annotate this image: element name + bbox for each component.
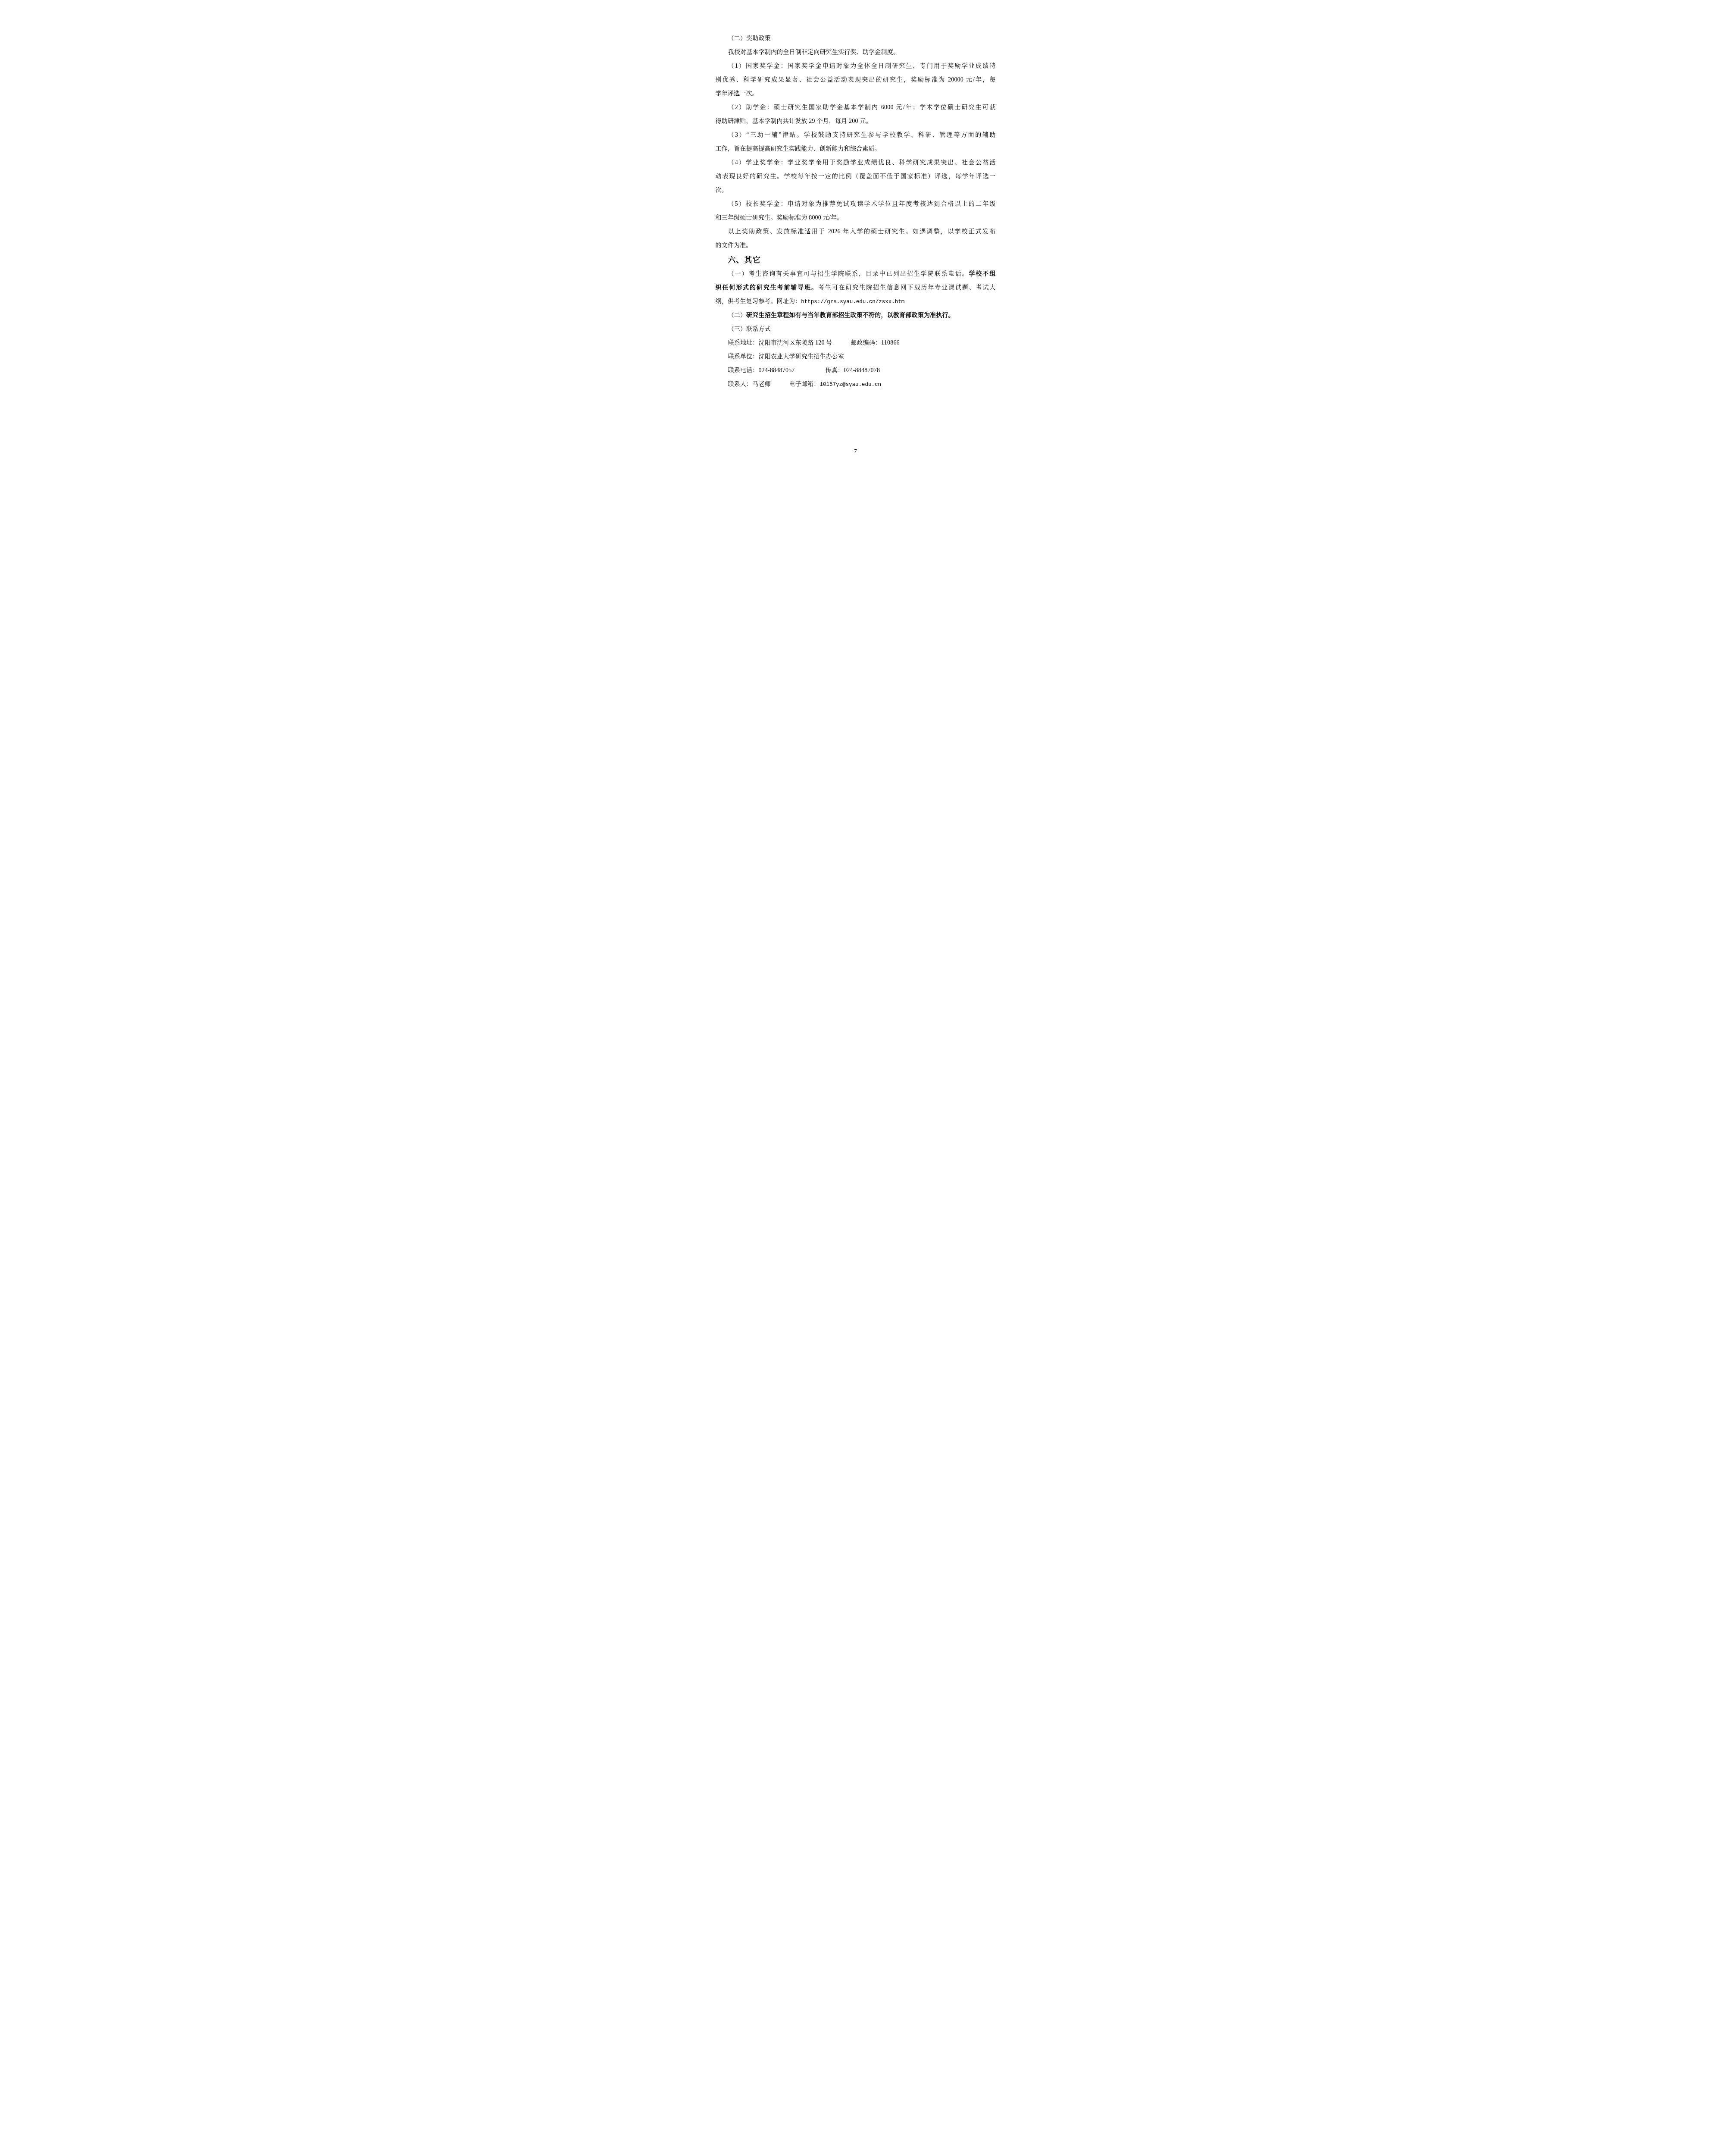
text-line: 的文件为准。 bbox=[716, 239, 996, 253]
text-line: 联系电话：024-88487057 传真：024-88487078 bbox=[716, 364, 996, 378]
text-run: 纲，供考生复习参考。网址为： bbox=[716, 298, 801, 305]
text-run: （一）考生咨询有关事宜可与招生学院联系，目录中已列出招生学院联系电话。 bbox=[728, 271, 969, 277]
text-run: （5）校长奖学金：申请对象为推荐免试攻读学术学位且年度考核达到合格以上的二年级 bbox=[728, 201, 996, 207]
page-number: 7 bbox=[685, 448, 1027, 454]
text-run: （1）国家奖学金：国家奖学金申请对象为全体全日制研究生，专门用于奖励学业成绩特 bbox=[728, 63, 996, 69]
text-run: （2）助学金：硕士研究生国家助学金基本学制内 6000 元/年；学术学位硕士研究… bbox=[728, 104, 996, 111]
text-line: 动表现良好的研究生。学校每年按一定的比例（覆盖面不低于国家标准）评选，每学年评选… bbox=[716, 170, 996, 184]
text-line: 和三年级硕士研究生。奖励标准为 8000 元/年。 bbox=[716, 211, 996, 225]
text-run: （3）“三助一辅”津贴。学校鼓励支持研究生参与学校教学、科研、管理等方面的辅助 bbox=[728, 132, 996, 138]
text-run: （二）奖助政策 bbox=[728, 35, 771, 42]
section-heading: 六、其它 bbox=[716, 253, 996, 267]
text-run: 联系人：马老师 电子邮箱： bbox=[728, 381, 820, 388]
text-run: 别优秀、科学研究成果显著、社会公益活动表现突出的研究生，奖励标准为 20000 … bbox=[716, 77, 996, 83]
text-line: （4）学业奖学金：学业奖学金用于奖励学业成绩优良、科学研究成果突出、社会公益活 bbox=[716, 156, 996, 170]
text-run: 得助研津贴，基本学制内共计发放 29 个月，每月 200 元。 bbox=[716, 118, 872, 125]
text-run: （二） bbox=[728, 312, 747, 319]
text-run: 的文件为准。 bbox=[716, 242, 752, 249]
text-run: 研究生招生章程如有与当年教育部招生政策不符的，以教育部政策为准执行。 bbox=[746, 312, 954, 319]
text-run: 以上奖助政策、发放标准适用于 2026 年入学的硕士研究生。如遇调整，以学校正式… bbox=[728, 229, 996, 235]
text-run: 学校不组 bbox=[969, 271, 995, 277]
document-page: （二）奖助政策我校对基本学制内的全日制非定向研究生实行奖、助学金制度。（1）国家… bbox=[685, 0, 1027, 484]
text-line: 纲，供考生复习参考。网址为：https://grs.syau.edu.cn/zs… bbox=[716, 295, 996, 309]
text-run: 次。 bbox=[716, 187, 728, 194]
url-text[interactable]: https://grs.syau.edu.cn/zsxx.htm bbox=[801, 299, 904, 305]
text-run: 织任何形式的研究生考前辅导班。 bbox=[716, 285, 818, 291]
text-run: （4）学业奖学金：学业奖学金用于奖励学业成绩优良、科学研究成果突出、社会公益活 bbox=[728, 160, 996, 166]
text-line: 得助研津贴，基本学制内共计发放 29 个月，每月 200 元。 bbox=[716, 115, 996, 128]
text-line: 我校对基本学制内的全日制非定向研究生实行奖、助学金制度。 bbox=[716, 46, 996, 60]
text-run: 我校对基本学制内的全日制非定向研究生实行奖、助学金制度。 bbox=[728, 49, 900, 56]
text-line: （三）联系方式 bbox=[716, 323, 996, 336]
text-line: 以上奖助政策、发放标准适用于 2026 年入学的硕士研究生。如遇调整，以学校正式… bbox=[716, 225, 996, 239]
text-run: 联系电话：024-88487057 传真：024-88487078 bbox=[728, 367, 880, 374]
text-run: （三）联系方式 bbox=[728, 326, 771, 332]
text-line: （3）“三助一辅”津贴。学校鼓励支持研究生参与学校教学、科研、管理等方面的辅助 bbox=[716, 128, 996, 142]
text-run: 六、其它 bbox=[728, 256, 761, 264]
text-line: 次。 bbox=[716, 184, 996, 197]
text-run: 考生可在研究生院招生信息网下载历年专业课试题、考试大 bbox=[818, 285, 996, 291]
text-line: 联系单位：沈阳农业大学研究生招生办公室 bbox=[716, 350, 996, 364]
text-line: （5）校长奖学金：申请对象为推荐免试攻读学术学位且年度考核达到合格以上的二年级 bbox=[716, 197, 996, 211]
text-line: 工作，旨在提高提高研究生实践能力、创新能力和综合素质。 bbox=[716, 142, 996, 156]
text-line: （一）考生咨询有关事宜可与招生学院联系，目录中已列出招生学院联系电话。学校不组 bbox=[716, 267, 996, 281]
text-line: 别优秀、科学研究成果显著、社会公益活动表现突出的研究生，奖励标准为 20000 … bbox=[716, 73, 996, 87]
text-line: （2）助学金：硕士研究生国家助学金基本学制内 6000 元/年；学术学位硕士研究… bbox=[716, 101, 996, 115]
text-run: 和三年级硕士研究生。奖励标准为 8000 元/年。 bbox=[716, 215, 843, 221]
text-run: 联系单位：沈阳农业大学研究生招生办公室 bbox=[728, 354, 845, 360]
email-link[interactable]: 10157yz@syau.edu.cn bbox=[820, 382, 882, 388]
text-line: （1）国家奖学金：国家奖学金申请对象为全体全日制研究生，专门用于奖励学业成绩特 bbox=[716, 60, 996, 73]
text-run: 动表现良好的研究生。学校每年按一定的比例（覆盖面不低于国家标准）评选，每学年评选… bbox=[716, 173, 996, 180]
text-run: 工作，旨在提高提高研究生实践能力、创新能力和综合素质。 bbox=[716, 146, 881, 152]
text-line: 织任何形式的研究生考前辅导班。考生可在研究生院招生信息网下载历年专业课试题、考试… bbox=[716, 281, 996, 295]
text-line: 联系人：马老师 电子邮箱：10157yz@syau.edu.cn bbox=[716, 378, 996, 392]
text-run: 学年评选一次。 bbox=[716, 91, 758, 97]
text-run: 联系地址：沈阳市沈河区东陵路 120 号 邮政编码：110866 bbox=[728, 340, 900, 346]
text-line: （二）奖助政策 bbox=[716, 32, 996, 46]
document-lines: （二）奖助政策我校对基本学制内的全日制非定向研究生实行奖、助学金制度。（1）国家… bbox=[716, 32, 996, 392]
text-line: 学年评选一次。 bbox=[716, 87, 996, 101]
text-line: 联系地址：沈阳市沈河区东陵路 120 号 邮政编码：110866 bbox=[716, 336, 996, 350]
text-line: （二）研究生招生章程如有与当年教育部招生政策不符的，以教育部政策为准执行。 bbox=[716, 309, 996, 323]
